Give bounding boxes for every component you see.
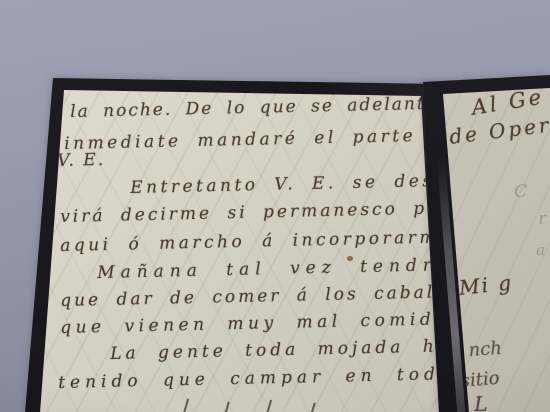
manuscript-fragment: C (514, 183, 527, 203)
manuscript-fragment: nch (468, 339, 503, 362)
right-page-paper: Al Ge de Oper C r a Mi g nch sitio L (0, 0, 550, 412)
manuscript-fragment: r (538, 210, 547, 230)
manuscript-fragment: de Oper (448, 113, 550, 148)
manuscript-fragment: Mi g (458, 271, 514, 300)
manuscript-fragment: a (536, 242, 545, 259)
manuscript-photo: la noche. De lo que se adelante inmediat… (0, 0, 550, 412)
right-page: Al Ge de Oper C r a Mi g nch sitio L (0, 0, 550, 412)
manuscript-fragment: L (474, 393, 488, 412)
